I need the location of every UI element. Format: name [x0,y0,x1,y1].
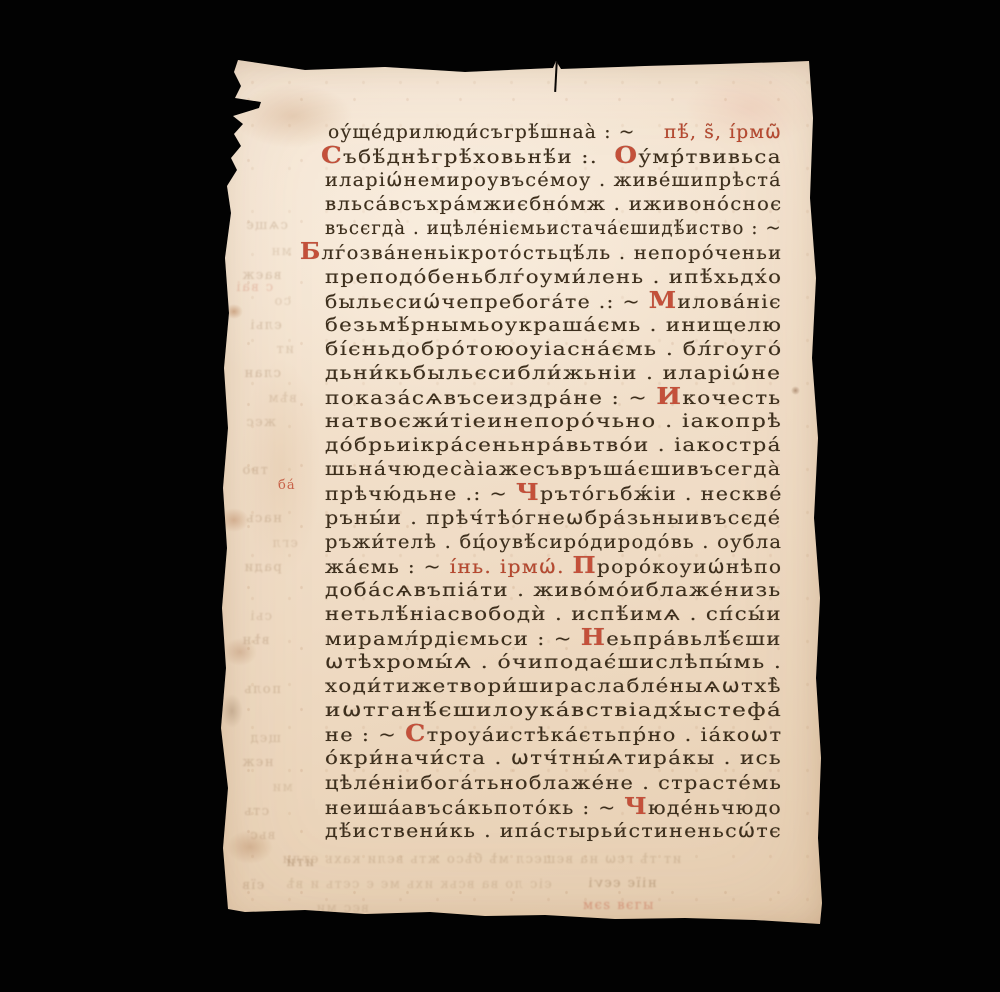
initial-letter: Ч [624,793,648,820]
text-run: бі́єньдобро́тоюоуіасна́ємь . бл́гоуго́ [325,338,783,360]
text-run: въсєгда̀ . ицѣле́ніємьистача́єшидѣ́иство… [325,217,782,239]
text-run: не : ~ [325,724,405,746]
manuscript-line: ходи́тижетвори́шираслабле́ныѧѡтхѣ̀ [325,674,782,698]
manuscript-line: о́кри́начи́ста . ѡтч́тны́ѧтира́кы . ись [325,746,782,770]
showthrough-mark: ми [271,780,293,795]
text-run: цѣле́ніибога́тьноблаже́не . страсте́мь [325,772,782,794]
text-run: ѡтѣхромы́ѧ . о́чиподає́шислѣпы́мь . [325,651,782,673]
manuscript-line: жа́ємь : ~ і́нь. ірмѡ́. Проро́коуиѡ́нѣпо [325,554,782,578]
showthrough-mark: ніїє єєѵі [587,876,656,891]
manuscript-line: Блѓозва́неньікрото́стьцѣ́ль . непоро́чен… [300,240,782,264]
showthrough-mark: нась [245,511,282,526]
initial-letter: Н [581,624,607,651]
text-run: ъбѣ́днѣгрѣ́ховьнѣ́и :. [343,146,614,168]
text-run: вльса́всъхра́мжиєбно́мж . иживоно́сноє [325,193,782,215]
foxing-stain [221,694,243,728]
manuscript-line: нетьлѣ́ніасвободѝ . испѣ́имѧ . сп́сы́и [325,602,782,626]
showthrough-mark: ити [285,855,314,870]
manuscript-line: оу́ще́дрилюди́съгрѣ́шнаа̀ : ~ пѣ́, ѕ̃, і… [328,120,782,144]
text-run: иларіѡ́немироувъсе́моу . живе́шипрѣста́ [325,169,782,191]
text-run: кочесть [682,387,781,409]
text-run: троуа́истѣка́єтьпр́но . іа́коѡт [427,724,783,746]
text-run: у́мр́твивьса [638,146,782,168]
showthrough-mark: сѧщє [245,218,288,233]
text-run: неиша́авъса́кьпото́кь : ~ [325,797,624,819]
manuscript-line: преподо́беньблѓоуми́лень . ипѣ́хьдх́о [325,265,782,289]
manuscript-line: иларіѡ́немироувъсе́моу . живе́шипрѣста́ [325,168,782,192]
manuscript-line: дѣ́иствени́кь . ипа́стырьи́стиненьсѡ́тє [325,819,782,843]
margin-rubric: ба́ [278,478,296,493]
foxing-stain [227,830,273,864]
text-run: преподо́беньблѓоуми́лень . ипѣ́хьдх́о [325,266,782,288]
initial-letter: П [572,552,596,579]
manuscript-line: ръжи́телѣ . бц́оувѣ́сиро́диродо́вь . оуб… [325,530,782,554]
text-run: дьни́кьбыльєсибли́жьніи . иларіѡ́не [325,362,781,384]
showthrough-mark: тво [241,463,268,478]
manuscript-line: ѡтѣхромы́ѧ . о́чиподає́шислѣпы́мь . [325,650,782,674]
manuscript-line: быльєсиѡ́чепребога́те .: ~ Милова́ніє [325,289,782,313]
initial-letter: Ч [516,479,540,506]
manuscript-line: натвоєжи́тіеинепоро́чьно . іакопрѣ [325,409,782,433]
text-run: о́кри́начи́ста . ѡтч́тны́ѧтира́кы . ись [325,747,782,769]
text-run: натвоєжи́тіеинепоро́чьно . іакопрѣ [325,410,782,432]
showthrough-mark: єїв [241,878,264,893]
manuscript-leaf: сѧщємнваєжс ваісоєльіитсланвѣмжєствонась… [215,58,827,930]
manuscript-line: показа́сѧвъсеиздра́не : ~ Икочесть [325,385,782,409]
showthrough-mark: щєд [249,731,281,746]
text-run: доба́сѧвъпіа́ти . живо́мо́иблаже́низь [325,579,782,601]
showthrough-mark: слан [243,366,281,381]
manuscript-line: ръны́и . прѣч́тѣо́гнеѡбра́зьныивъсєде́ [325,506,781,530]
showthrough-mark: єіс ло ва вськ ихь мє є сєть и вѣ [285,877,552,892]
showthrough-mark: ит [275,342,294,357]
manuscript-line: дьни́кьбыльєсибли́жьніи . иларіѡ́не [325,361,781,385]
text-run: до́брьиікра́сеньнра́вьтво́и . іакостра́ [325,434,782,456]
showthrough-mark: єгл [271,536,298,551]
showthrough-mark: жєс [245,415,276,430]
initial-letter: С [405,720,426,747]
text-run: иѡтганѣ́єшилоука́вствіадх́ыстефа́ [325,699,782,721]
text-run: прѣчю́дьне .: ~ [325,483,516,505]
manuscript-text: оу́ще́дрилюди́съгрѣ́шнаа̀ : ~ пѣ́, ѕ̃, і… [325,120,806,843]
manuscript-line: иѡтганѣ́єшилоука́вствіадх́ыстефа́ [325,698,782,722]
showthrough-mark: сть [243,804,269,819]
showthrough-mark: ваєж [241,268,281,283]
manuscript-line: цѣле́ніибога́тьноблаже́не . страсте́мь [325,771,782,795]
initial-letter: С [321,142,343,169]
photo-background: сѧщємнваєжс ваісоєльіитсланвѣмжєствонась… [0,0,1000,992]
showthrough-red-mark: с ваі [235,280,273,295]
showthrough-mark: ит тѣ гєѡ на вєшєсл мѣ бѣсо жть вєли ках… [281,852,681,867]
text-run: дѣ́иствени́кь . ипа́стырьи́стиненьсѡ́тє [325,820,782,842]
text-run: нетьлѣ́ніасвободѝ . испѣ́имѧ . сп́сы́и [325,603,782,625]
showthrough-mark: нєж [241,755,273,770]
showthrough-mark: єльі [249,318,282,333]
rubric-run: пѣ́, ѕ̃, і́рмѡ̃ [664,121,782,143]
text-run: ходи́тижетвори́шираслабле́ныѧѡтхѣ̀ [325,675,782,697]
manuscript-line: неиша́авъса́кьпото́кь : ~ Чюде́ньчюдо [325,795,782,819]
text-run: шьна́чюдеса̀іажесъвръша́єшивъсегда̀ [325,458,782,480]
showthrough-mark: сьі [249,609,272,624]
manuscript-line: вльса́всъхра́мжиєбно́мж . иживоно́сноє [325,192,782,216]
manuscript-line: прѣчю́дьне .: ~ Чръто́гьбж́іи . нескве́ [325,481,783,505]
foxing-stain [225,304,243,319]
manuscript-line: Събѣ́днѣгрѣ́ховьнѣ́и :. Оу́мр́твивьса [321,144,782,168]
foxing-stain [223,638,257,666]
text-run: безьмѣ́рнымьоукраша́ємь . инищелю [325,314,782,336]
text-run: оу́ще́дрилюди́съгрѣ́шнаа̀ : ~ [328,121,664,143]
text-run: ръжи́телѣ . бц́оувѣ́сиро́диродо́вь . оуб… [325,531,782,553]
water-stain [241,358,321,578]
initial-letter: О [614,142,638,169]
text-run: ръто́гьбж́іи . нескве́ [540,483,783,505]
initial-letter: Б [300,238,321,265]
rubric-run: і́нь. ірмѡ́. [450,556,573,578]
manuscript-line: не : ~ Строуа́истѣка́єтьпр́но . іа́коѡт [325,722,782,746]
manuscript-line: мирамл́рдіємьси : ~ Неьпра́вьлѣ́єши [325,626,782,650]
showthrough-mark: поль [243,682,281,697]
showthrough-mark: со [273,294,291,309]
initial-letter: И [656,383,682,410]
text-run: жа́ємь : ~ [325,556,450,578]
showthrough-mark: вєс ми [315,901,369,916]
manuscript-line: шьна́чюдеса̀іажесъвръша́єшивъсегда̀ [325,457,782,481]
manuscript-line: въсєгда̀ . ицѣле́ніємьистача́єшидѣ́иство… [325,216,782,240]
initial-letter: М [649,287,678,314]
text-run: ръны́и . прѣч́тѣо́гнеѡбра́зьныивъсєде́ [325,507,781,529]
showthrough-mark: мн [270,244,292,259]
showthrough-mark: вьс [249,828,275,843]
showthrough-mark: вѣн [241,633,269,648]
text-run: лѓозва́неньікрото́стьцѣ́ль . непоро́чень… [321,242,782,264]
showthrough-mark: вѣм [267,391,297,406]
text-run: показа́сѧвъсеиздра́не : ~ [325,387,656,409]
showthrough-red-mark: мєѕ вєгы [583,898,655,913]
manuscript-line: до́брьиікра́сеньнра́вьтво́и . іакостра́ [325,433,782,457]
showthrough-mark: ради [243,560,282,575]
text-run: еьпра́вьлѣ́єши [606,628,781,650]
text-run: юде́ньчюдо [648,797,782,819]
text-run: илова́ніє [677,291,781,313]
manuscript-line: безьмѣ́рнымьоукраша́ємь . инищелю [325,313,782,337]
text-run: роро́коуиѡ́нѣпо [597,556,782,578]
paper-tear [554,60,558,92]
text-run: мирамл́рдіємьси : ~ [325,628,581,650]
manuscript-line: бі́єньдобро́тоюоуіасна́ємь . бл́гоуго́ [325,337,783,361]
foxing-stain [219,508,249,532]
text-run: быльєсиѡ́чепребога́те .: ~ [325,291,649,313]
manuscript-line: доба́сѧвъпіа́ти . живо́мо́иблаже́низь [325,578,782,602]
